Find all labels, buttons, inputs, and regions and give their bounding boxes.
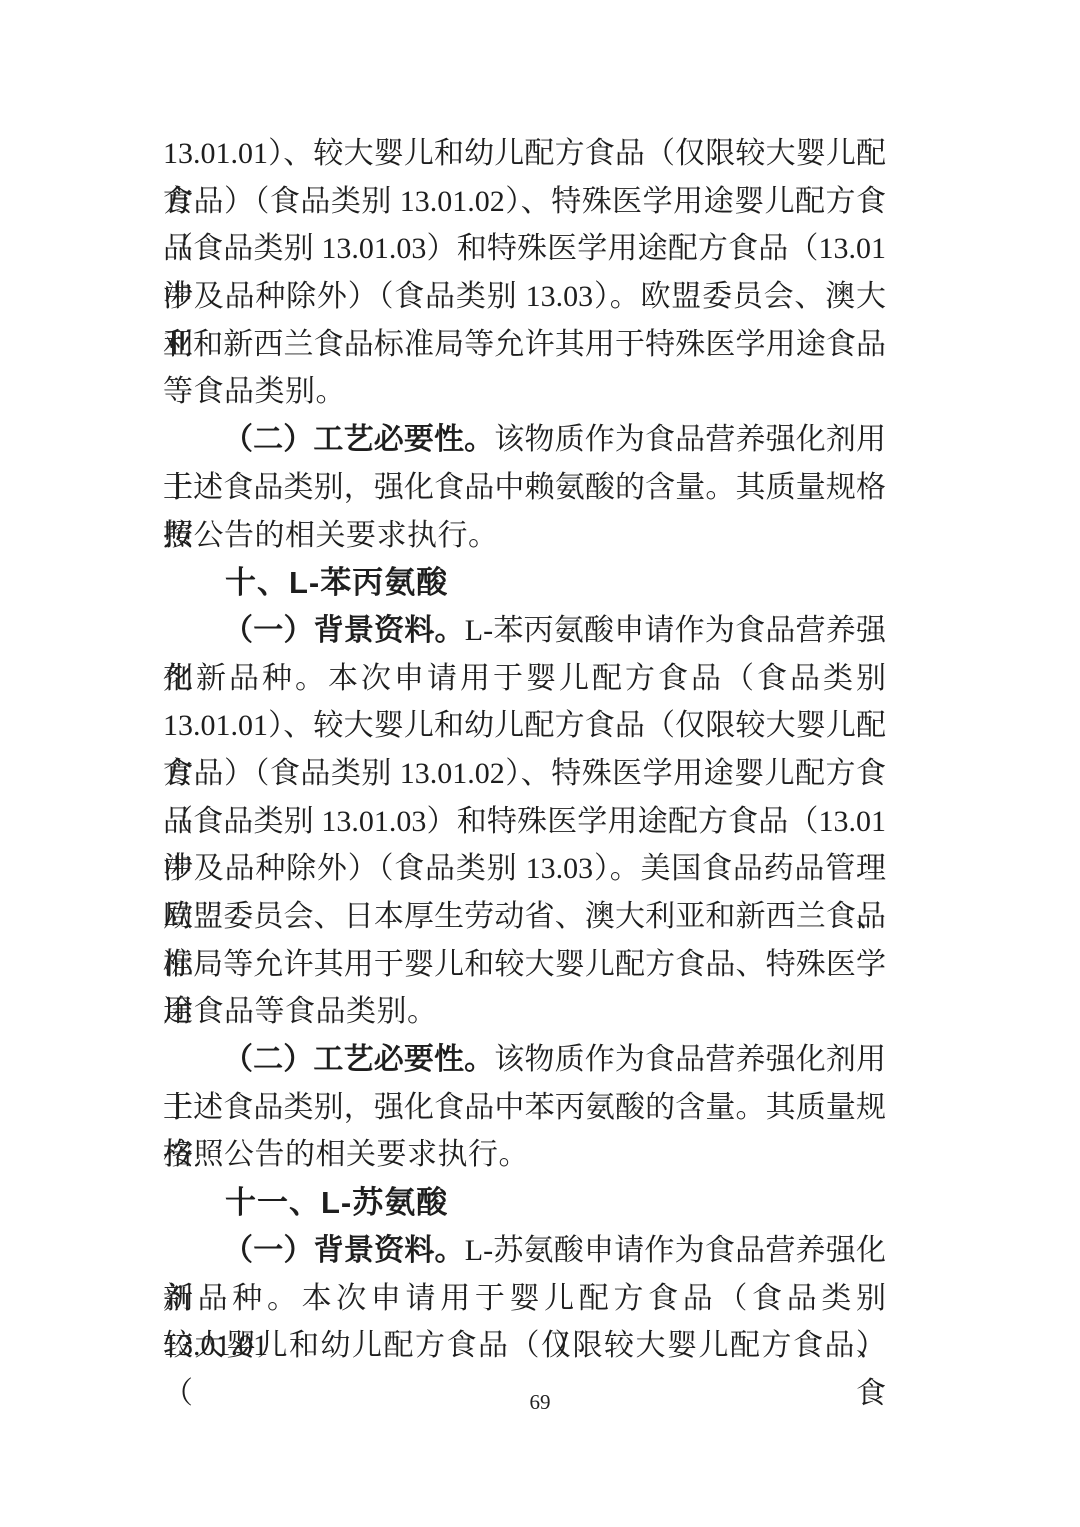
section-heading: 十、L-苯丙氨酸 xyxy=(163,559,886,607)
text-line: 途食品等食品类别。 xyxy=(163,988,886,1036)
document-page: { "page": { "number": "69", "background_… xyxy=(0,0,1080,1527)
paragraph-lead: （一）背景资料。 xyxy=(223,1234,465,1267)
text-line: （食品类别 13.01.03）和特殊医学用途配方食品（13.01 中 xyxy=(163,225,886,273)
section-heading: 十一、L-苏氨酸 xyxy=(163,1179,886,1227)
line-text: 十、L-苯丙氨酸 xyxy=(225,565,448,600)
line-text: 按照公告的相关要求执行。 xyxy=(163,1138,529,1171)
text-line: （一）背景资料。L-苯丙氨酸申请作为食品营养强化 xyxy=(163,607,886,655)
text-line: 食品）（食品类别 13.01.02）、特殊医学用途婴儿配方食品 xyxy=(163,750,886,798)
paragraph-lead: （二）工艺必要性。 xyxy=(223,1043,494,1076)
text-line: （二）工艺必要性。该物质作为食品营养强化剂用于 xyxy=(163,1036,886,1084)
line-text: 途食品等食品类别。 xyxy=(163,995,438,1028)
text-line: 准局等允许其用于婴儿和较大婴儿配方食品、特殊医学用 xyxy=(163,941,886,989)
text-line: 等食品类别。 xyxy=(163,368,886,416)
text-line: 剂新品种。本次申请用于婴儿配方食品（食品类别 xyxy=(163,655,886,703)
text-line: 上述食品类别，强化食品中赖氨酸的含量。其质量规格按 xyxy=(163,464,886,512)
text-line: 食品）（食品类别 13.01.02）、特殊医学用途婴儿配方食品 xyxy=(163,178,886,226)
text-line: 按照公告的相关要求执行。 xyxy=(163,1131,886,1179)
text-line: 13.01.01）、较大婴儿和幼儿配方食品（仅限较大婴儿配方 xyxy=(163,702,886,750)
line-text: 十一、L-苏氨酸 xyxy=(225,1185,448,1220)
text-line: （一）背景资料。L-苏氨酸申请作为食品营养强化剂 xyxy=(163,1227,886,1275)
paragraph-lead: （一）背景资料。 xyxy=(223,614,465,647)
text-line: 较大婴儿和幼儿配方食品（仅限较大婴儿配方食品）（食 xyxy=(163,1322,886,1370)
line-text: 剂新品种。本次申请用于婴儿配方食品（食品类别 xyxy=(163,662,886,695)
line-text: 亚和新西兰食品标准局等允许其用于特殊医学用途食品 xyxy=(163,328,886,361)
text-line: （二）工艺必要性。该物质作为食品营养强化剂用于 xyxy=(163,416,886,464)
paragraph-lead: （二）工艺必要性。 xyxy=(223,423,494,456)
text-line: 上述食品类别，强化食品中苯丙氨酸的含量。其质量规格 xyxy=(163,1084,886,1132)
text-block: 13.01.01）、较大婴儿和幼儿配方食品（仅限较大婴儿配方食品）（食品类别 1… xyxy=(163,130,886,1370)
text-line: 涉及品种除外）（食品类别 13.03）。美国食品药品管理局、 xyxy=(163,845,886,893)
text-line: 新品种。本次申请用于婴儿配方食品（食品类别 13.01.01）、 xyxy=(163,1275,886,1323)
text-line: 照公告的相关要求执行。 xyxy=(163,512,886,560)
text-line: 亚和新西兰食品标准局等允许其用于特殊医学用途食品 xyxy=(163,321,886,369)
line-text: 等食品类别。 xyxy=(163,375,346,408)
page-number: 69 xyxy=(0,1390,1080,1415)
text-line: 涉及品种除外）（食品类别 13.03）。欧盟委员会、澳大利 xyxy=(163,273,886,321)
line-text: 照公告的相关要求执行。 xyxy=(163,519,499,552)
page-background: 13.01.01）、较大婴儿和幼儿配方食品（仅限较大婴儿配方食品）（食品类别 1… xyxy=(0,0,1080,1527)
text-line: 欧盟委员会、日本厚生劳动省、澳大利亚和新西兰食品标 xyxy=(163,893,886,941)
text-line: （食品类别 13.01.03）和特殊医学用途配方食品（13.01 中 xyxy=(163,798,886,846)
text-line: 13.01.01）、较大婴儿和幼儿配方食品（仅限较大婴儿配方 xyxy=(163,130,886,178)
